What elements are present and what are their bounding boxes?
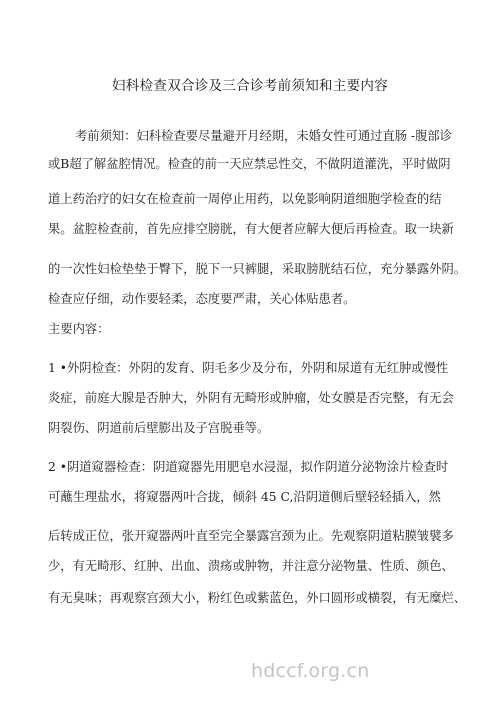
list-item-line: 炎症，前庭大腺是否肿大，外阴有无畸形或肿瘤，处女膜是否完整，有无会 — [48, 388, 454, 406]
list-item-line: 有无臭味；再观察宫颈大小，粉红色或紫蓝色，外口圆形或横裂，有无糜烂、 — [48, 588, 466, 606]
watermark-text: hdccf.org.cn — [251, 660, 369, 682]
list-item-line: 可蘸生理盐水，将窥器两叶合拢，倾斜 45 C,沿阴道侧后壁轻轻插入，然 — [48, 487, 441, 505]
document-title: 妇科检查双合诊及三合诊考前须知和主要内容 — [0, 74, 500, 94]
list-item-line: 阴裂伤、阴道前后壁膨出及子宫脱垂等。 — [48, 418, 269, 436]
paragraph-line: 考前须知：妇科检查要尽量避开月经期，未婚女性可通过直肠 -腹部诊 — [75, 126, 452, 144]
document-page: 妇科检查双合诊及三合诊考前须知和主要内容 考前须知：妇科检查要尽量避开月经期，未… — [0, 0, 500, 707]
list-item-line: 2 •阴道窥器检查：阴道窥器先用肥皂水浸湿，拟作阴道分泌物涂片检查时 — [48, 457, 448, 475]
paragraph-line: 道上药治疗的妇女在检查前一周停止用药，以免影响阴道细胞学检查的结 — [48, 189, 442, 207]
paragraph-line: 果。盆腔检查前，首先应排空膀胱，有大便者应解大便后再检查。取一块新 — [48, 219, 454, 237]
list-item-line: 少，有无畸形、红肿、出血、溃疡或肿物，并注意分泌物量、性质、颜色、 — [48, 556, 454, 574]
list-item-line: 1 •外阴检查：外阴的发育、阴毛多少及分布，外阴和尿道有无红肿或慢性 — [48, 358, 448, 376]
list-item-line: 后转成正位，张开窥器两叶直至完全暴露宫颈为止。先观察阴道粘膜皱襞多 — [48, 526, 454, 544]
paragraph-line: 检查应仔细，动作要轻柔，态度要严肃，关心体贴患者。 — [48, 289, 355, 307]
paragraph-line: 的一次性妇检垫垫于臀下，脱下一只裤腿，采取膀胱结石位，充分暴露外阴。 — [48, 259, 466, 277]
paragraph-line: 或B超了解盆腔情况。检查的前一天应禁忌性交，不做阴道灌洗，平时做阴 — [48, 154, 451, 172]
section-heading: 主要内容： — [48, 319, 110, 337]
